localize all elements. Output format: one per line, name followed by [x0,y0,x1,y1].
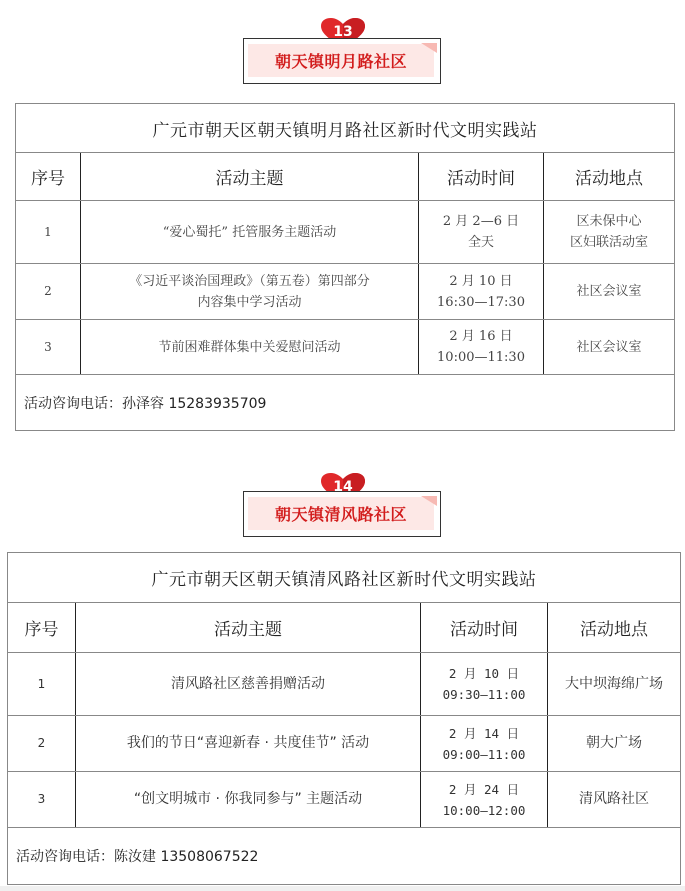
table-row: 2 我们的节日“喜迎新春 · 共度佳节” 活动 2 月 14 日09:00—11… [8,716,681,772]
row-topic: 《习近平谈治国理政》（第五卷）第四部分内容集中学习活动 [81,264,419,320]
row-topic: “创文明城市 · 你我同参与” 主题活动 [76,772,421,828]
row-time: 2 月 10 日16:30—17:30 [419,264,544,320]
badge-label-area: 朝天镇明月路社区 [248,44,434,77]
header-topic: 活动主题 [81,153,419,201]
row-topic: 我们的节日“喜迎新春 · 共度佳节” 活动 [76,716,421,772]
badge-corner-decoration [421,43,437,53]
header-index: 序号 [8,603,76,653]
table-row: 2 《习近平谈治国理政》（第五卷）第四部分内容集中学习活动 2 月 10 日16… [16,264,675,320]
community-name: 朝天镇明月路社区 [275,49,407,72]
contact-info: 活动咨询电话：陈汝建 13508067522 [8,828,681,885]
table-row: 3 “创文明城市 · 你我同参与” 主题活动 2 月 24 日10:00—12:… [8,772,681,828]
table-row: 3 节前困难群体集中关爱慰问活动 2 月 16 日10:00—11:30 社区会… [16,320,675,375]
table-title: 广元市朝天区朝天镇明月路社区新时代文明实践站 [16,104,675,153]
row-index: 1 [16,201,81,264]
row-time: 2 月 16 日10:00—11:30 [419,320,544,375]
row-place: 大中坝海绵广场 [548,653,681,716]
row-place: 朝大广场 [548,716,681,772]
row-place: 区未保中心区妇联活动室 [544,201,675,264]
header-time: 活动时间 [419,153,544,201]
row-index: 2 [16,264,81,320]
badge-label-area: 朝天镇清风路社区 [248,497,434,530]
row-topic: 节前困难群体集中关爱慰问活动 [81,320,419,375]
row-place: 清风路社区 [548,772,681,828]
activity-table: 广元市朝天区朝天镇明月路社区新时代文明实践站 序号 活动主题 活动时间 活动地点… [15,103,675,431]
header-topic: 活动主题 [76,603,421,653]
row-index: 3 [16,320,81,375]
header-place: 活动地点 [548,603,681,653]
row-time: 2 月 14 日09:00—11:00 [421,716,548,772]
row-index: 2 [8,716,76,772]
activity-table: 广元市朝天区朝天镇清风路社区新时代文明实践站 序号 活动主题 活动时间 活动地点… [7,552,681,885]
community-badge: 朝天镇清风路社区 [243,491,441,537]
row-time: 2 月 2—6 日全天 [419,201,544,264]
badge-corner-decoration [421,496,437,506]
row-topic: 清风路社区慈善捐赠活动 [76,653,421,716]
table-title: 广元市朝天区朝天镇清风路社区新时代文明实践站 [8,553,681,603]
community-badge: 朝天镇明月路社区 [243,38,441,84]
table-row: 1 清风路社区慈善捐赠活动 2 月 10 日09:30—11:00 大中坝海绵广… [8,653,681,716]
row-place: 社区会议室 [544,320,675,375]
header-index: 序号 [16,153,81,201]
header-time: 活动时间 [421,603,548,653]
row-time: 2 月 24 日10:00—12:00 [421,772,548,828]
bottom-divider [0,886,685,891]
row-topic: “爱心蜀托” 托管服务主题活动 [81,201,419,264]
community-name: 朝天镇清风路社区 [275,502,407,525]
row-index: 3 [8,772,76,828]
header-place: 活动地点 [544,153,675,201]
table-row: 1 “爱心蜀托” 托管服务主题活动 2 月 2—6 日全天 区未保中心区妇联活动… [16,201,675,264]
row-time: 2 月 10 日09:30—11:00 [421,653,548,716]
contact-info: 活动咨询电话：孙泽容 15283935709 [16,375,675,431]
row-place: 社区会议室 [544,264,675,320]
row-index: 1 [8,653,76,716]
